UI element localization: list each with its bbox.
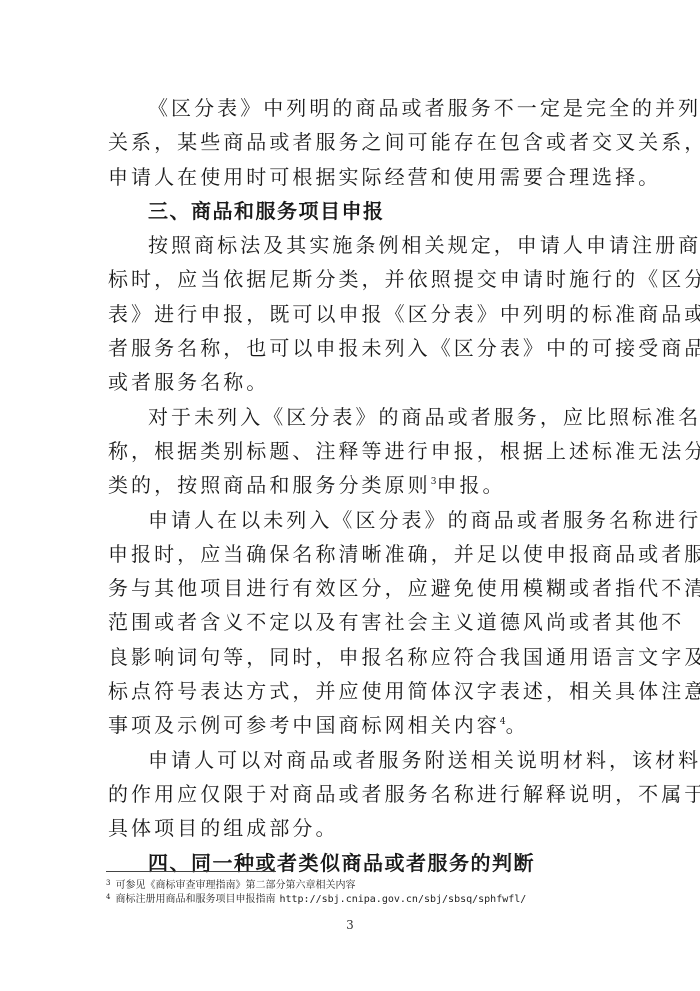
text-line: 事项及示例可参考中国商标网相关内容4。 [108, 708, 594, 742]
text-segment: 申报。 [436, 473, 505, 497]
text-line: 《区分表》中列明的商品或者服务不一定是完全的并列 [108, 91, 594, 125]
text-line: 申请人可以对商品或者服务附送相关说明材料，该材料 [108, 743, 594, 777]
text-line: 表》进行申报，既可以申报《区分表》中列明的标准商品或 [108, 297, 594, 331]
text-segment: 类的，按照商品和服务分类原则 [108, 473, 431, 497]
text-line: 范围或者含义不定以及有害社会主义道德风尚或者其他不 [108, 605, 594, 639]
paragraph-4: 申请人在以未列入《区分表》的商品或者服务名称进行 申报时，应当确保名称清晰准确，… [108, 503, 594, 743]
text-line: 称，根据类别标题、注释等进行申报，根据上述标准无法分 [108, 434, 594, 468]
footnote-url-link[interactable]: http://sbj.cnipa.gov.cn/sbj/sbsq/sphfwfl… [279, 894, 526, 905]
text-line: 具体项目的组成部分。 [108, 811, 594, 845]
text-line: 良影响词句等，同时，申报名称应符合我国通用语言文字及 [108, 640, 594, 674]
text-line: 或者服务名称。 [108, 365, 594, 399]
text-line: 者服务名称，也可以申报未列入《区分表》中的可接受商品 [108, 331, 594, 365]
text-segment: 。 [506, 713, 529, 737]
section-heading-3: 三、商品和服务项目申报 [108, 194, 594, 228]
paragraph-1: 《区分表》中列明的商品或者服务不一定是完全的并列 关系，某些商品或者服务之间可能… [108, 91, 594, 194]
text-line: 标时，应当依据尼斯分类，并依照提交申请时施行的《区分 [108, 262, 594, 296]
body-text: 《区分表》中列明的商品或者服务不一定是完全的并列 关系，某些商品或者服务之间可能… [108, 91, 594, 880]
text-segment: 事项及示例可参考中国商标网相关内容 [108, 713, 500, 737]
text-line: 关系，某些商品或者服务之间可能存在包含或者交叉关系， [108, 125, 594, 159]
text-line: 申报时，应当确保名称清晰准确，并足以使申报商品或者服 [108, 537, 594, 571]
text-line: 类的，按照商品和服务分类原则3申报。 [108, 468, 594, 502]
page-number: 3 [0, 918, 700, 932]
section-heading-4: 四、同一种或者类似商品或者服务的判断 [108, 846, 594, 880]
paragraph-2: 按照商标法及其实施条例相关规定，申请人申请注册商 标时，应当依据尼斯分类，并依照… [108, 228, 594, 399]
footnotes: 3可参见《商标审查审理指南》第二部分第六章相关内容 4商标注册用商品和服务项目申… [106, 876, 526, 904]
text-line: 标点符号表达方式，并应使用简体汉字表述，相关具体注意 [108, 674, 594, 708]
text-line: 申请人在使用时可根据实际经营和使用需要合理选择。 [108, 160, 594, 194]
footnote-divider [106, 871, 276, 872]
footnote-3: 3可参见《商标审查审理指南》第二部分第六章相关内容 [106, 876, 526, 890]
text-line: 按照商标法及其实施条例相关规定，申请人申请注册商 [108, 228, 594, 262]
footnote-mark: 3 [106, 879, 110, 887]
paragraph-3: 对于未列入《区分表》的商品或者服务，应比照标准名 称，根据类别标题、注释等进行申… [108, 400, 594, 503]
text-line: 的作用应仅限于对商品或者服务名称进行解释说明，不属于 [108, 777, 594, 811]
text-line: 申请人在以未列入《区分表》的商品或者服务名称进行 [108, 503, 594, 537]
document-page: 《区分表》中列明的商品或者服务不一定是完全的并列 关系，某些商品或者服务之间可能… [0, 0, 700, 991]
text-line: 务与其他项目进行有效区分，应避免使用模糊或者指代不清、 [108, 571, 594, 605]
footnote-4: 4商标注册用商品和服务项目申报指南http://sbj.cnipa.gov.cn… [106, 890, 526, 904]
text-line: 对于未列入《区分表》的商品或者服务，应比照标准名 [108, 400, 594, 434]
footnote-text: 商标注册用商品和服务项目申报指南 [115, 894, 275, 905]
footnote-mark: 4 [106, 893, 110, 901]
paragraph-5: 申请人可以对商品或者服务附送相关说明材料，该材料 的作用应仅限于对商品或者服务名… [108, 743, 594, 846]
